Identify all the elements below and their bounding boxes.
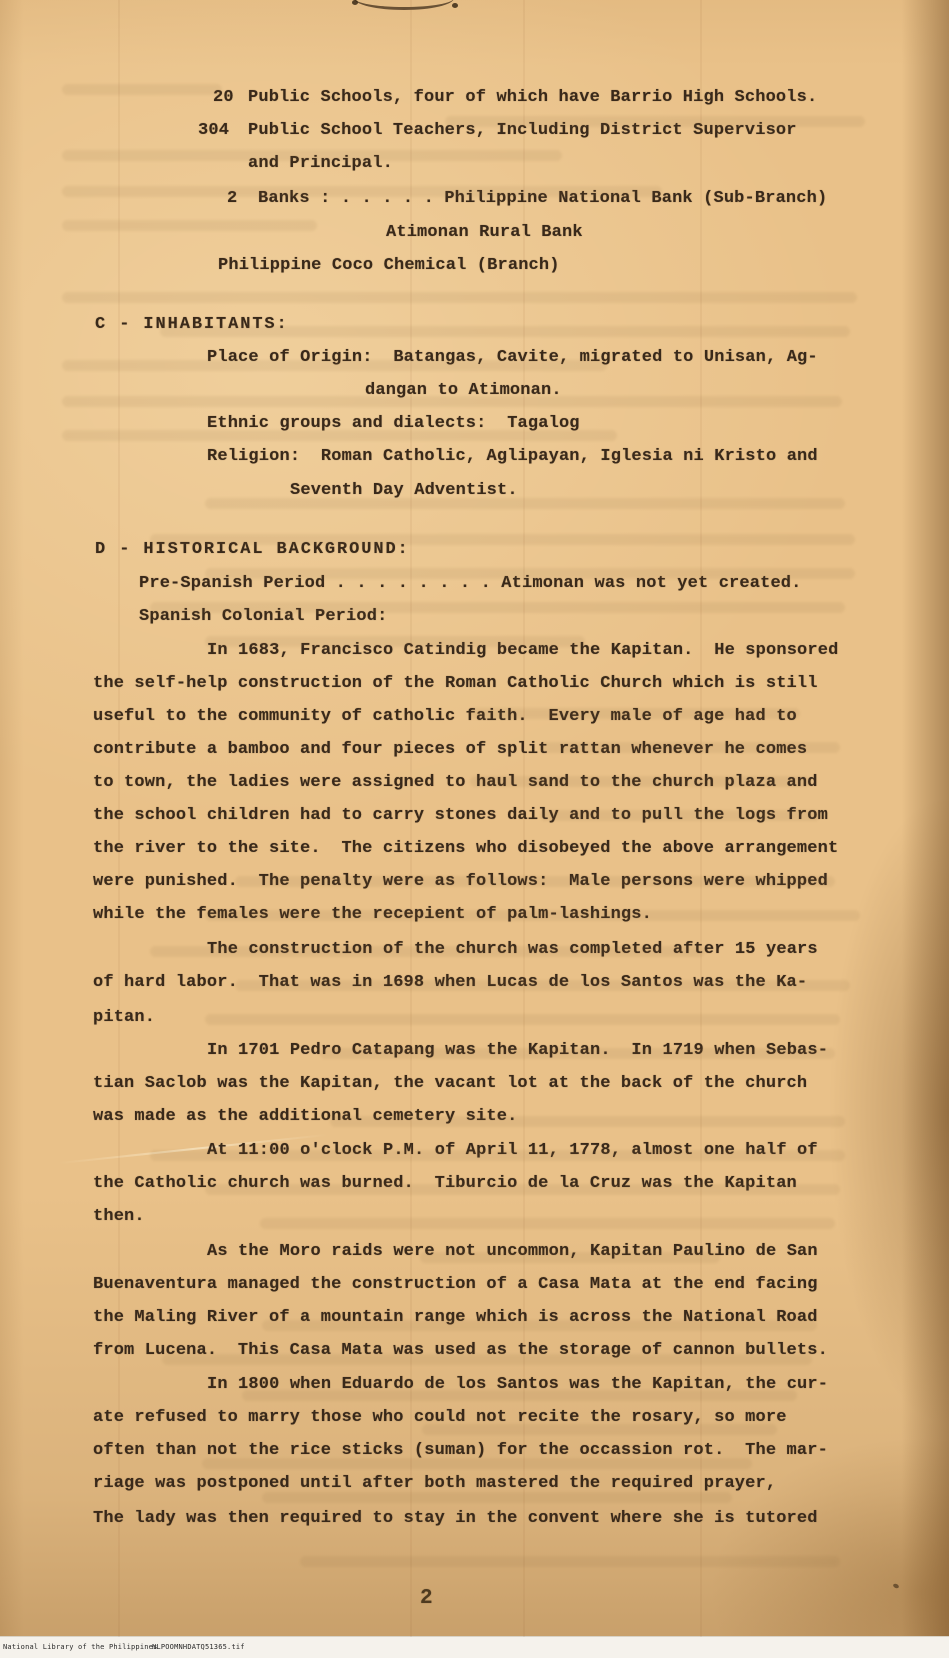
bleedthrough-mark bbox=[205, 498, 845, 509]
bleedthrough-mark bbox=[242, 1390, 797, 1401]
bleedthrough-mark bbox=[205, 568, 855, 579]
text-line: Public Schools, four of which have Barri… bbox=[248, 88, 817, 108]
text-line: pitan. bbox=[93, 1008, 155, 1028]
bleedthrough-mark bbox=[62, 186, 662, 197]
bleedthrough-mark bbox=[420, 1252, 720, 1263]
bleedthrough-mark bbox=[150, 946, 705, 957]
bleedthrough-mark bbox=[540, 742, 840, 753]
text-line: 304 bbox=[198, 121, 229, 141]
bleedthrough-mark bbox=[235, 876, 835, 887]
bleedthrough-mark bbox=[150, 1150, 845, 1161]
binding-mark-dot bbox=[452, 3, 458, 8]
bleedthrough-mark bbox=[62, 84, 222, 95]
paper-fold-line bbox=[410, 0, 412, 1637]
bleedthrough-mark bbox=[205, 910, 860, 921]
scan-footer-bar: National Library of the Philippines NLPO… bbox=[0, 1636, 949, 1658]
binding-mark-dot bbox=[352, 0, 358, 5]
bleedthrough-mark bbox=[262, 1492, 732, 1503]
page-number: 2 bbox=[420, 1588, 433, 1610]
text-line: The lady was then required to stay in th… bbox=[93, 1509, 818, 1529]
bleedthrough-mark bbox=[150, 534, 855, 545]
bleedthrough-mark bbox=[150, 602, 845, 613]
library-name: National Library of the Philippines bbox=[3, 1643, 158, 1652]
bleedthrough-mark bbox=[62, 292, 857, 303]
bleedthrough-mark bbox=[162, 1354, 812, 1365]
text-line: riage was postponed until after both mas… bbox=[93, 1474, 776, 1494]
paper-fold-line bbox=[700, 0, 702, 1637]
bleedthrough-mark bbox=[62, 360, 607, 371]
bleedthrough-mark bbox=[470, 776, 810, 787]
scanned-document-page: 20Public Schools, four of which have Bar… bbox=[0, 0, 949, 1658]
bleedthrough-mark bbox=[205, 636, 585, 647]
bleedthrough-mark bbox=[262, 1320, 817, 1331]
text-line: the river to the site. The citizens who … bbox=[93, 839, 838, 859]
bleedthrough-mark bbox=[445, 116, 865, 127]
text-line: Philippine Coco Chemical (Branch) bbox=[218, 256, 560, 276]
binding-mark bbox=[354, 0, 454, 10]
bleedthrough-mark bbox=[62, 220, 317, 231]
ink-speck bbox=[892, 1583, 899, 1589]
scan-filename: NLPOOMNHDATQ51365.tif bbox=[152, 1643, 245, 1652]
bleedthrough-mark bbox=[540, 810, 820, 821]
paper-fold-line bbox=[118, 0, 120, 1637]
bleedthrough-mark bbox=[62, 430, 617, 441]
text-line: Atimonan Rural Bank bbox=[386, 223, 583, 243]
bleedthrough-mark bbox=[422, 1424, 777, 1435]
text-line: Buenaventura managed the construction of… bbox=[93, 1275, 818, 1295]
bleedthrough-mark bbox=[260, 1218, 835, 1229]
bleedthrough-mark bbox=[470, 708, 800, 719]
paper-fold-line bbox=[523, 0, 525, 1637]
bleedthrough-mark bbox=[300, 1556, 840, 1567]
bleedthrough-mark bbox=[62, 150, 562, 161]
bleedthrough-mark bbox=[160, 326, 850, 337]
bleedthrough-mark bbox=[235, 980, 850, 991]
bleedthrough-mark bbox=[202, 1458, 752, 1469]
bleedthrough-mark bbox=[330, 1116, 845, 1127]
bleedthrough-mark bbox=[320, 1048, 835, 1059]
text-line: Religion: Roman Catholic, Aglipayan, Igl… bbox=[207, 447, 818, 467]
text-line: the self-help construction of the Roman … bbox=[93, 674, 818, 694]
bleedthrough-mark bbox=[62, 396, 842, 407]
